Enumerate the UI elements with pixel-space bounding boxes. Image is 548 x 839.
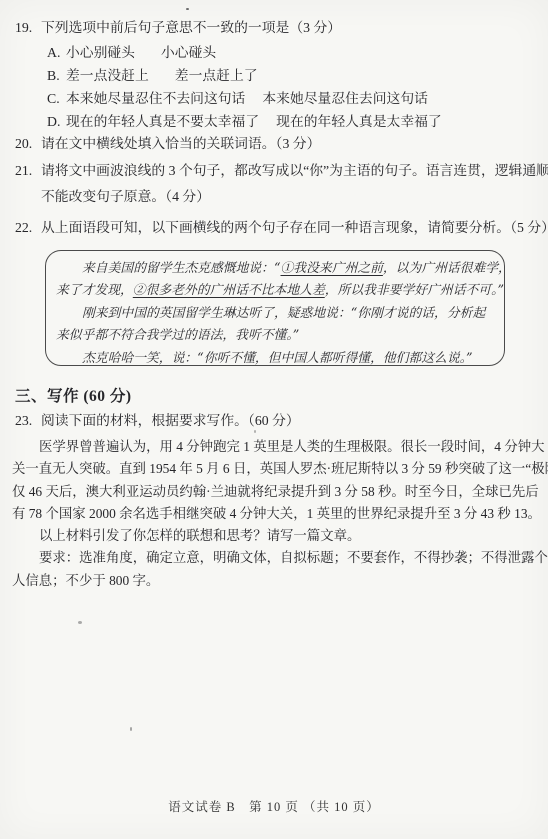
option-a-label: A. (47, 41, 66, 64)
option-d-second: 现在的年轻人真是太幸福了 (276, 114, 442, 129)
question-20-stem: 请在文中横线处填入恰当的关联词语。（3 分） (41, 134, 538, 154)
scan-speck (130, 727, 132, 731)
question-19-stem: 下列选项中前后句子意思不一致的一项是（3 分） (41, 18, 538, 38)
option-b-row: B.差一点没赶上差一点赶上了 (47, 64, 442, 87)
question-22-stem: 从上面语段可知，以下画横线的两个句子存在同一种语言现象，请简要分析。（5 分） (41, 218, 548, 238)
option-a-second: 小心碰头 (161, 45, 216, 60)
exam-paper-page: 19. 下列选项中前后句子意思不一致的一项是（3 分） A.小心别碰头小心碰头 … (0, 0, 548, 839)
option-c-label: C. (47, 87, 66, 110)
question-21: 21. 请将文中画波浪线的 3 个句子，都改写成以“你”为主语的句子。语言连贯，… (15, 161, 538, 207)
footer-page-info: 语文试卷 B 第 10 页 （共 10 页） (0, 797, 548, 815)
material-line: 以上材料引发了你怎样的联想和思考？请写一篇文章。 (12, 525, 540, 547)
option-b-label: B. (47, 64, 66, 87)
question-21-line2: 不能改变句子原意。（4 分） (41, 187, 548, 207)
material-requirements-line: 要求：选准角度，确定立意，明确文体，自拟标题；不要套作，不得抄袭；不得泄露个 (12, 547, 540, 569)
dialog-line-5: 杰克哈哈一笑，说：“你听不懂，但中国人都听得懂，他们都这么说。” (56, 348, 494, 370)
dialog-line-3: 刚来到中国的英国留学生琳达听了，疑惑地说：“你刚才说的话，分析起 (56, 303, 494, 325)
question-21-stem: 请将文中画波浪线的 3 个句子，都改写成以“你”为主语的句子。语言连贯，逻辑通顺… (41, 161, 548, 207)
question-20-number: 20. (15, 134, 41, 154)
material-line: 有 78 个国家 2000 余名选手相继突破 4 分钟大关，1 英里的世界纪录提… (12, 503, 540, 525)
material-line: 关一直无人突破。直到 1954 年 5 月 6 日，英国人罗杰·班尼斯特以 3 … (12, 458, 540, 480)
scan-speck (186, 8, 189, 10)
material-line: 仅 46 天后，澳大利亚运动员约翰·兰迪就将纪录提升到 3 分 58 秒。时至今… (12, 481, 540, 503)
option-b-first: 差一点没赶上 (66, 68, 149, 83)
dialog-text: 来了才发现， (56, 283, 133, 298)
option-d-first: 现在的年轻人真是不要太幸福了 (66, 114, 259, 129)
dialog-text: ，所以我非要学好广州话不可。” (325, 283, 504, 298)
question-20: 20. 请在文中横线处填入恰当的关联词语。（3 分） (15, 134, 538, 154)
scan-speck (254, 430, 256, 433)
underlined-sentence-2: ②很多老外的广州话不比本地人差 (133, 283, 325, 298)
option-d-label: D. (47, 110, 66, 133)
material-requirements-line: 人信息；不少于 800 字。 (12, 570, 540, 592)
question-21-number: 21. (15, 161, 41, 207)
question-23-stem: 阅读下面的材料，根据要求写作。（60 分） (41, 411, 538, 431)
question-23: 23. 阅读下面的材料，根据要求写作。（60 分） (15, 411, 538, 431)
option-c-first: 本来她尽量忍住不去问这句话 (66, 91, 245, 106)
dialog-line-4: 来似乎都不符合我学过的语法，我听不懂。” (56, 325, 494, 347)
dialog-passage-box: 来自美国的留学生杰克感慨地说：“①我没来广州之前，以为广州话很难学， 来了才发现… (45, 250, 505, 366)
essay-material: 医学界曾普遍认为，用 4 分钟跑完 1 英里是人类的生理极限。很长一段时间，4 … (12, 436, 540, 592)
scan-speck (78, 621, 82, 624)
question-19: 19. 下列选项中前后句子意思不一致的一项是（3 分） (15, 18, 538, 38)
question-22: 22. 从上面语段可知，以下画横线的两个句子存在同一种语言现象，请简要分析。（5… (15, 218, 538, 238)
material-line: 医学界曾普遍认为，用 4 分钟跑完 1 英里是人类的生理极限。很长一段时间，4 … (12, 436, 540, 458)
section-3-heading: 三、写作 (60 分) (15, 384, 132, 406)
dialog-line-1: 来自美国的留学生杰克感慨地说：“①我没来广州之前，以为广州话很难学， (56, 258, 494, 280)
option-c-row: C.本来她尽量忍住不去问这句话本来她尽量忍住去问这句话 (47, 87, 442, 110)
question-19-options: A.小心别碰头小心碰头 B.差一点没赶上差一点赶上了 C.本来她尽量忍住不去问这… (47, 41, 442, 133)
option-a-row: A.小心别碰头小心碰头 (47, 41, 442, 64)
question-23-number: 23. (15, 411, 41, 431)
option-c-second: 本来她尽量忍住去问这句话 (262, 91, 428, 106)
question-19-number: 19. (15, 18, 41, 38)
question-22-number: 22. (15, 218, 41, 238)
dialog-text: ，以为广州话很难学， (383, 261, 511, 276)
option-b-second: 差一点赶上了 (175, 68, 258, 83)
underlined-sentence-1: ①我没来广州之前 (281, 261, 383, 276)
option-d-row: D.现在的年轻人真是不要太幸福了现在的年轻人真是太幸福了 (47, 110, 442, 133)
question-21-line1: 请将文中画波浪线的 3 个句子，都改写成以“你”为主语的句子。语言连贯，逻辑通顺… (41, 161, 548, 181)
option-a-first: 小心别碰头 (66, 45, 135, 60)
dialog-text: 来自美国的留学生杰克感慨地说：“ (82, 261, 281, 276)
dialog-line-2: 来了才发现，②很多老外的广州话不比本地人差，所以我非要学好广州话不可。” (56, 280, 494, 302)
